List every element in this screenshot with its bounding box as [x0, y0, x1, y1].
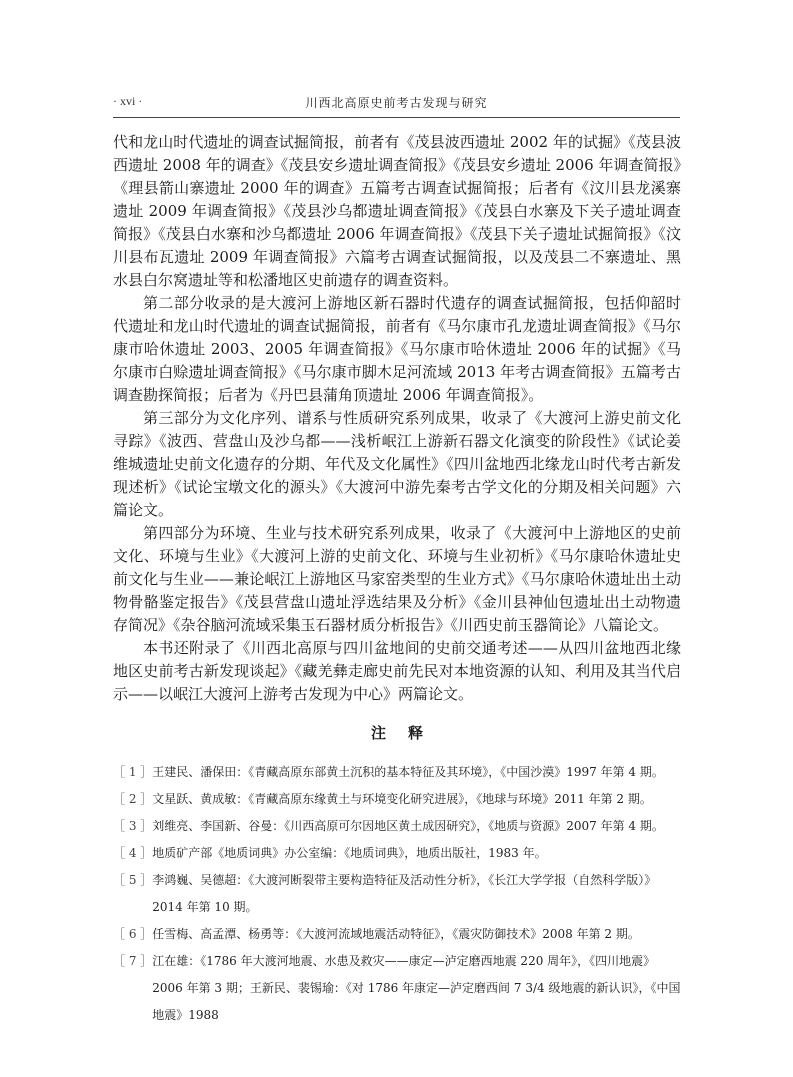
note-text: 王建民、潘保田：《青藏高原东部黄土沉积的基本特征及其环境》，《中国沙漠》1997… [152, 759, 681, 786]
paragraph-part-two: 第二部分收录的是大渡河上游地区新石器时代遗存的调查试掘简报，包括仰韶时代遗址和龙… [113, 292, 681, 407]
note-text: 任雪梅、高孟潭、杨勇等：《大渡河流域地震活动特征》，《震灾防御技术》2008 年… [152, 921, 681, 948]
note-text: 刘维亮、李国新、谷曼：《川西高原可尔因地区黄土成因研究》，《地质与资源》2007… [152, 813, 681, 840]
note-text: 地质矿产部《地质词典》办公室编：《地质词典》，地质出版社，1983 年。 [152, 840, 681, 867]
note-item: ［ 6 ］ 任雪梅、高孟潭、杨勇等：《大渡河流域地震活动特征》，《震灾防御技术》… [113, 921, 681, 948]
note-number: ［ 5 ］ [113, 867, 152, 894]
note-item: ［ 5 ］ 李鸿巍、吴德超：《大渡河断裂带主要构造特征及活动性分析》，《长江大学… [113, 867, 681, 921]
notes-heading: 注释 [113, 722, 681, 745]
notes-list: ［ 1 ］ 王建民、潘保田：《青藏高原东部黄土沉积的基本特征及其环境》，《中国沙… [113, 759, 681, 1029]
note-number: ［ 2 ］ [113, 786, 152, 813]
paragraph-continuation: 代和龙山时代遗址的调查试掘简报，前者有《茂县波西遗址 2002 年的试掘》《茂县… [113, 131, 681, 292]
paragraph-part-three: 第三部分为文化序列、谱系与性质研究系列成果，收录了《大渡河上游史前文化寻踪》《波… [113, 407, 681, 522]
note-item: ［ 7 ］ 江在雄：《1786 年大渡河地震、水患及救灾——康定—泸定磨西地震 … [113, 948, 681, 1029]
note-text: 文星跃、黄成敏：《青藏高原东缘黄土与环境变化研究进展》，《地球与环境》2011 … [152, 786, 681, 813]
note-item: ［ 1 ］ 王建民、潘保田：《青藏高原东部黄土沉积的基本特征及其环境》，《中国沙… [113, 759, 681, 786]
note-item: ［ 3 ］ 刘维亮、李国新、谷曼：《川西高原可尔因地区黄土成因研究》，《地质与资… [113, 813, 681, 840]
note-number: ［ 7 ］ [113, 948, 152, 975]
note-number: ［ 1 ］ [113, 759, 152, 786]
note-number: ［ 4 ］ [113, 840, 152, 867]
page-header: · xvi · 川西北高原史前考古发现与研究 [113, 94, 680, 114]
note-number: ［ 3 ］ [113, 813, 152, 840]
running-title: 川西北高原史前考古发现与研究 [113, 94, 680, 111]
note-item: ［ 2 ］ 文星跃、黄成敏：《青藏高原东缘黄土与环境变化研究进展》，《地球与环境… [113, 786, 681, 813]
document-page: · xvi · 川西北高原史前考古发现与研究 代和龙山时代遗址的调查试掘简报，前… [0, 0, 793, 1077]
paragraph-part-four: 第四部分为环境、生业与技术研究系列成果，收录了《大渡河中上游地区的史前文化、环境… [113, 522, 681, 637]
header-rule [113, 117, 680, 118]
note-text: 江在雄：《1786 年大渡河地震、水患及救灾——康定—泸定磨西地震 220 周年… [152, 948, 681, 1029]
note-item: ［ 4 ］ 地质矿产部《地质词典》办公室编：《地质词典》，地质出版社，1983 … [113, 840, 681, 867]
note-text: 李鸿巍、吴德超：《大渡河断裂带主要构造特征及活动性分析》，《长江大学学报（自然科… [152, 867, 681, 921]
paragraph-appendix: 本书还附录了《川西北高原与四川盆地间的史前交通考述——从四川盆地西北缘地区史前考… [113, 637, 681, 706]
body-text: 代和龙山时代遗址的调查试掘简报，前者有《茂县波西遗址 2002 年的试掘》《茂县… [113, 131, 681, 1029]
note-number: ［ 6 ］ [113, 921, 152, 948]
